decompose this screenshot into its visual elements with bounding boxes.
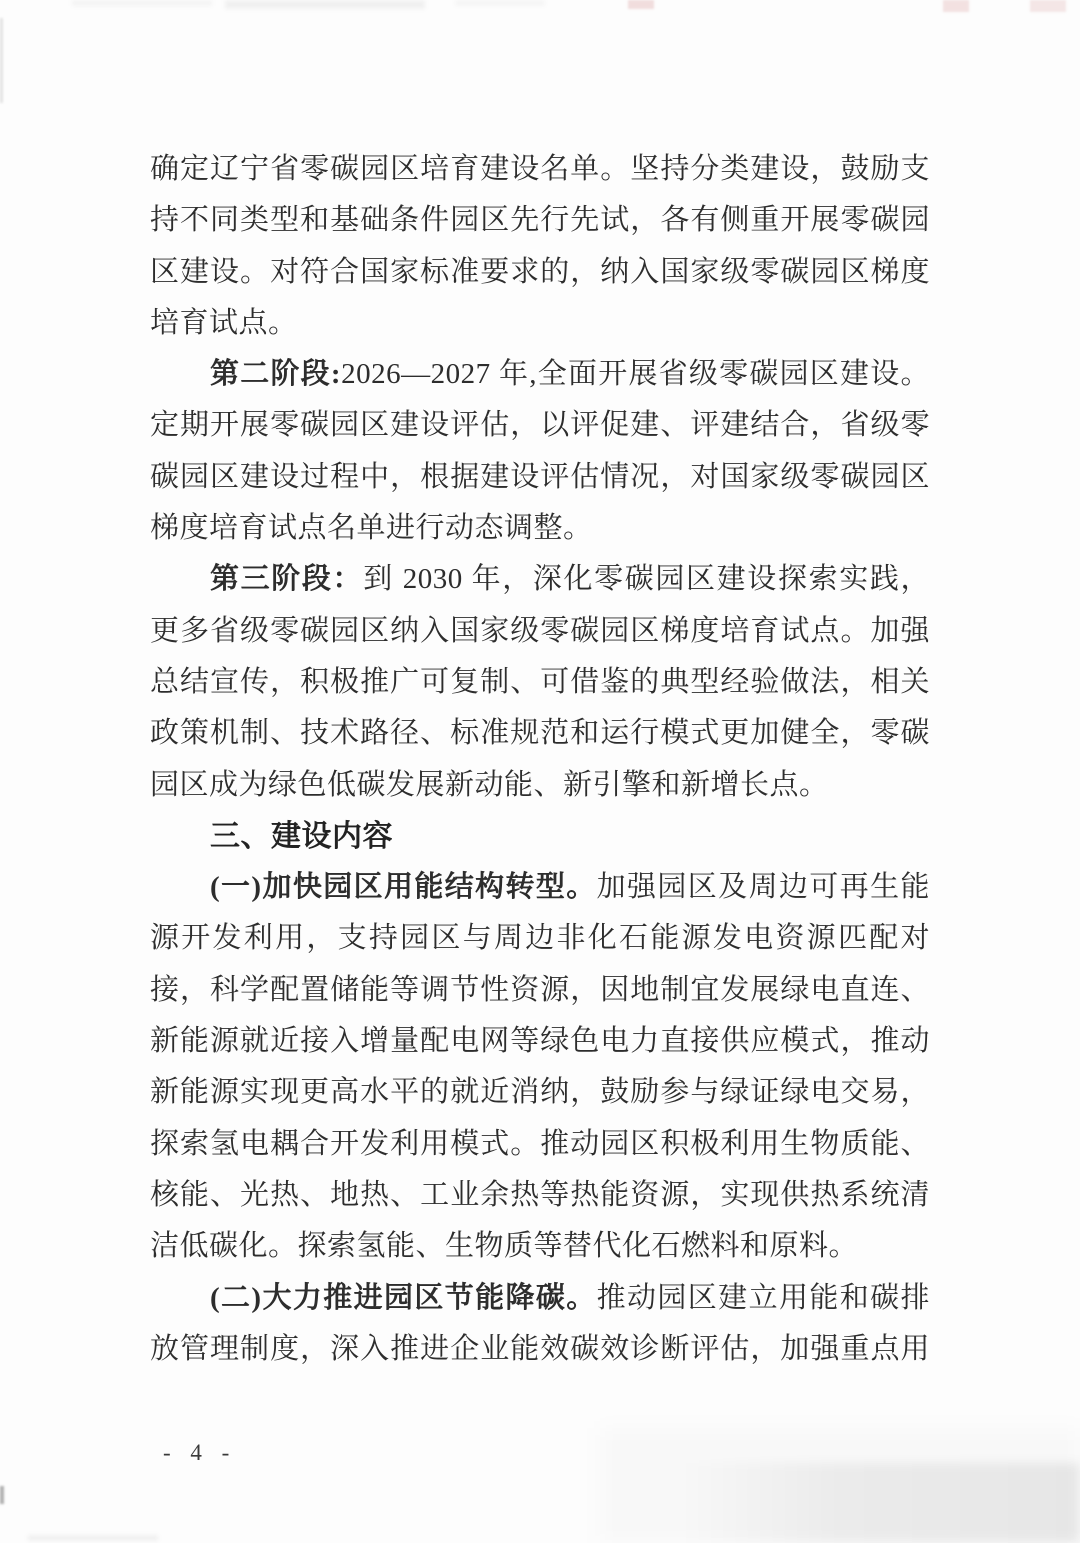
body-line: 政策机制、技术路径、标准规范和运行模式更加健全，零碳 (150, 708, 930, 759)
scan-artifact (225, 0, 425, 9)
body-line: 核能、光热、地热、工业余热等热能资源，实现供热系统清 (150, 1170, 930, 1221)
subsection-title: (二)大力推进园区节能降碳。 (210, 1282, 597, 1314)
section-heading: 三、建设内容 (150, 811, 930, 862)
stage-label: 第二阶段: (210, 358, 341, 390)
body-line: 新能源就近接入增量配电网等绿色电力直接供应模式，推动 (150, 1016, 930, 1067)
body-line: 源开发利用，支持园区与周边非化石能源发电资源匹配对 (150, 913, 930, 964)
body-line: 放管理制度，深入推进企业能效碳效诊断评估，加强重点用 (150, 1324, 930, 1375)
body-line: 确定辽宁省零碳园区培育建设名单。坚持分类建设，鼓励支 (150, 144, 930, 195)
scan-artifact (455, 0, 545, 6)
scan-artifact (1030, 0, 1066, 12)
body-line: 总结宣传，积极推广可复制、可借鉴的典型经验做法，相关 (150, 657, 930, 708)
scan-artifact (600, 1428, 1080, 1543)
body-line: 培育试点。 (150, 298, 930, 349)
document-page: 确定辽宁省零碳园区培育建设名单。坚持分类建设，鼓励支 持不同类型和基础条件园区先… (0, 0, 1080, 1543)
scan-artifact (0, 1486, 4, 1504)
body-line: 定期开展零碳园区建设评估，以评促建、评建结合，省级零 (150, 400, 930, 451)
scan-artifact (0, 18, 3, 103)
document-body: 确定辽宁省零碳园区培育建设名单。坚持分类建设，鼓励支 持不同类型和基础条件园区先… (150, 144, 930, 1375)
body-line: 洁低碳化。探索氢能、生物质等替代化石燃料和原料。 (150, 1221, 930, 1272)
body-line-text: 到 2030 年，深化零碳园区建设探索实践， (363, 563, 930, 595)
page-number: - 4 - (163, 1440, 236, 1466)
body-line: 园区成为绿色低碳发展新动能、新引擎和新增长点。 (150, 760, 930, 811)
body-line: 持不同类型和基础条件园区先行先试，各有侧重开展零碳园 (150, 195, 930, 246)
scan-artifact (680, 1463, 1080, 1543)
scan-artifact (628, 0, 654, 9)
body-line: (一)加快园区用能结构转型。加强园区及周边可再生能 (150, 862, 930, 913)
subsection-title: (一)加快园区用能结构转型。 (210, 871, 597, 903)
body-line: 第三阶段：到 2030 年，深化零碳园区建设探索实践， (150, 554, 930, 605)
body-line: 接，科学配置储能等调节性资源，因地制宜发展绿电直连、 (150, 965, 930, 1016)
body-line: 梯度培育试点名单进行动态调整。 (150, 503, 930, 554)
body-line: 探索氢电耦合开发利用模式。推动园区积极利用生物质能、 (150, 1119, 930, 1170)
body-line: 更多省级零碳园区纳入国家级零碳园区梯度培育试点。加强 (150, 606, 930, 657)
body-line: 新能源实现更高水平的就近消纳，鼓励参与绿证绿电交易， (150, 1067, 930, 1118)
body-line-text: 加强园区及周边可再生能 (597, 871, 930, 903)
stage-label: 第三阶段： (210, 563, 363, 595)
scan-artifact (943, 0, 969, 12)
body-line: 区建设。对符合国家标准要求的，纳入国家级零碳园区梯度 (150, 247, 930, 298)
scan-artifact (28, 1535, 158, 1541)
scan-artifact (72, 0, 212, 6)
body-line: 第二阶段:2026—2027 年,全面开展省级零碳园区建设。 (150, 349, 930, 400)
body-line-text: 2026—2027 年,全面开展省级零碳园区建设。 (341, 358, 930, 390)
body-line-text: 推动园区建立用能和碳排 (597, 1282, 930, 1314)
body-line: (二)大力推进园区节能降碳。推动园区建立用能和碳排 (150, 1273, 930, 1324)
body-line: 碳园区建设过程中，根据建设评估情况，对国家级零碳园区 (150, 452, 930, 503)
